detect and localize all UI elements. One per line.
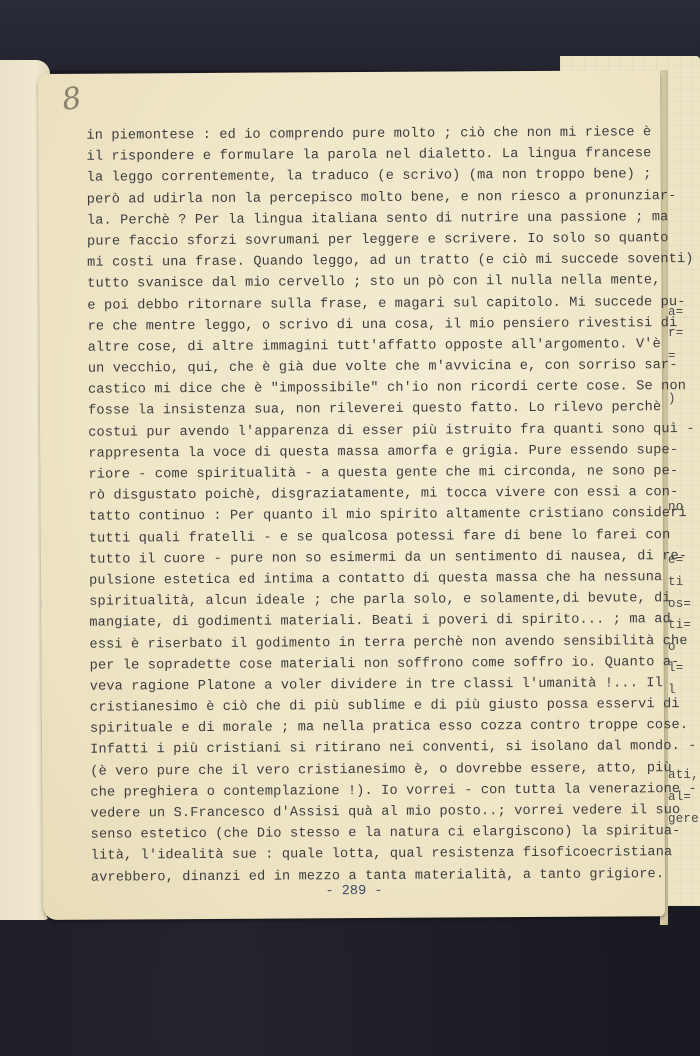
text-line: però ad udirla non la percepisco molto b… (87, 186, 647, 211)
text-line: lità, l'idealità sue : quale lotta, qual… (91, 843, 651, 868)
text-line: tutti quali fratelli - e se qualcosa pot… (89, 525, 649, 550)
underlying-text-fragment: os= (668, 597, 691, 611)
text-line: Infatti i più cristiani si ritirano nei … (90, 737, 650, 762)
page-number: - 289 - (43, 882, 665, 901)
page-body-text: in piemontese : ed io comprendo pure mol… (86, 122, 651, 888)
text-line: la leggo correntemente, la traduco (e sc… (87, 165, 647, 190)
text-line: mangiate, di godimenti materiali. Beati … (89, 610, 649, 635)
text-line: fosse la insistenza sua, non rileverei q… (88, 398, 648, 423)
underlying-text-fragment: ati, (668, 768, 699, 782)
text-line: essi è riserbato il godimento in terra p… (89, 631, 649, 656)
underlying-text-fragment: l (668, 683, 676, 697)
typewritten-page: 8 in piemontese : ed io comprendo pure m… (38, 70, 665, 920)
text-line: e poi debbo ritornare sulla frase, e mag… (87, 292, 647, 317)
text-line: tatto continuo : Per quanto il mio spiri… (89, 504, 649, 529)
underlying-text-fragment: ti= (668, 618, 691, 632)
handwritten-folio-number: 8 (60, 81, 84, 118)
text-line: tutto svanisce dal mio cervello ; sto un… (87, 271, 647, 296)
underlying-text-fragment: ti (668, 575, 683, 589)
